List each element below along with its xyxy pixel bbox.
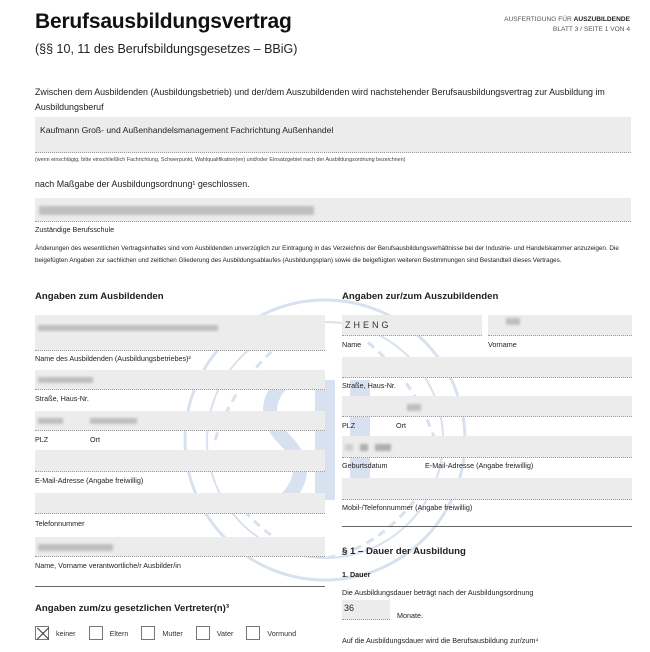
notice-text: Änderungen des wesentlichen Vertragsinha… bbox=[35, 243, 635, 266]
redacted-birthdate bbox=[360, 444, 368, 451]
left-divider bbox=[35, 586, 325, 587]
duration-text: Die Ausbildungsdauer beträgt nach der Au… bbox=[342, 588, 533, 597]
redacted-birthdate bbox=[345, 444, 353, 451]
occupation-field[interactable]: Kaufmann Groß- und Außenhandelsmanagemen… bbox=[35, 117, 631, 153]
employer-city-label: Ort bbox=[90, 435, 100, 444]
document-title: Berufsausbildungsvertrag bbox=[35, 10, 292, 34]
employer-heading: Angaben zum Ausbildenden bbox=[35, 291, 164, 302]
representative-option-label: Eltern bbox=[110, 629, 129, 638]
trainee-city-label: Ort bbox=[396, 421, 406, 430]
redacted-employer-street bbox=[38, 377, 93, 383]
trainee-birth-email-field[interactable] bbox=[342, 436, 632, 458]
redacted-trainee-firstname bbox=[506, 318, 520, 325]
right-divider bbox=[342, 526, 632, 527]
representative-checkbox-keiner[interactable] bbox=[35, 626, 49, 640]
section1-subheading: 1. Dauer bbox=[342, 570, 370, 579]
trainer-field[interactable] bbox=[35, 537, 325, 557]
copy-for-recipient: AUSZUBILDENDE bbox=[574, 16, 630, 23]
closing-text: nach Maßgabe der Ausbildungsordnung¹ ges… bbox=[35, 179, 250, 189]
representative-option-label: Vater bbox=[217, 629, 234, 638]
trainee-surname-field[interactable]: ZHENG bbox=[342, 315, 482, 336]
employer-phone-field[interactable] bbox=[35, 493, 325, 514]
intro-text: Zwischen dem Ausbildenden (Ausbildungsbe… bbox=[35, 85, 635, 115]
occupation-value: Kaufmann Groß- und Außenhandelsmanagemen… bbox=[35, 117, 631, 135]
credit-text: Auf die Ausbildungsdauer wird die Berufs… bbox=[342, 636, 538, 645]
occupation-hint: (wenn einschlägig, bitte einschließlich … bbox=[35, 157, 405, 163]
school-label: Zuständige Berufsschule bbox=[35, 225, 114, 234]
redacted-employer-plz bbox=[38, 418, 63, 424]
representative-heading: Angaben zum/zu gesetzlichen Vertreter(n)… bbox=[35, 603, 229, 614]
representative-option-label: Mutter bbox=[162, 629, 182, 638]
employer-street-label: Straße, Haus-Nr. bbox=[35, 394, 89, 403]
trainee-email-label: E-Mail-Adresse (Angabe freiwillig) bbox=[425, 461, 533, 470]
trainee-firstname-field[interactable] bbox=[488, 315, 632, 336]
trainee-mobile-label: Mobil-/Telefonnummer (Angabe freiwillig) bbox=[342, 503, 472, 512]
redacted-school-name bbox=[39, 206, 314, 215]
copy-for-prefix: AUSFERTIGUNG FÜR bbox=[504, 16, 573, 23]
employer-phone-label: Telefonnummer bbox=[35, 519, 85, 528]
redacted-trainer-name bbox=[38, 544, 113, 551]
representative-checkbox-vater[interactable] bbox=[196, 626, 210, 640]
employer-name-label: Name des Ausbildenden (Ausbildungsbetrie… bbox=[35, 354, 191, 363]
representative-options: keinerElternMutterVaterVormund bbox=[35, 626, 309, 640]
duration-field[interactable]: 36 bbox=[342, 600, 390, 620]
employer-email-field[interactable] bbox=[35, 450, 325, 472]
representative-checkbox-eltern[interactable] bbox=[89, 626, 103, 640]
employer-name-field[interactable] bbox=[35, 315, 325, 351]
redacted-employer-city bbox=[90, 418, 137, 424]
trainee-surname-value: ZHENG bbox=[345, 320, 392, 330]
employer-email-label: E-Mail-Adresse (Angabe freiwillig) bbox=[35, 476, 143, 485]
employer-plz-label: PLZ bbox=[35, 435, 48, 444]
duration-value: 36 bbox=[344, 603, 354, 613]
employer-plz-city-field[interactable] bbox=[35, 411, 325, 431]
trainee-mobile-field[interactable] bbox=[342, 478, 632, 500]
trainee-firstname-label: Vorname bbox=[488, 340, 517, 349]
copy-info: AUSFERTIGUNG FÜR AUSZUBILDENDE BLATT 3 /… bbox=[504, 15, 630, 35]
trainee-plz-label: PLZ bbox=[342, 421, 355, 430]
trainee-street-label: Straße, Haus-Nr. bbox=[342, 381, 396, 390]
trainee-birthdate-label: Geburtsdatum bbox=[342, 461, 388, 470]
representative-option-label: keiner bbox=[56, 629, 76, 638]
section1-heading: § 1 – Dauer der Ausbildung bbox=[342, 546, 466, 557]
representative-checkbox-vormund[interactable] bbox=[246, 626, 260, 640]
redacted-birthdate bbox=[375, 444, 391, 451]
trainee-street-field[interactable] bbox=[342, 357, 632, 378]
document-subtitle: (§§ 10, 11 des Berufsbildungsgesetzes – … bbox=[35, 42, 297, 56]
trainee-plz-city-field[interactable] bbox=[342, 396, 632, 417]
redacted-trainee-city bbox=[407, 404, 421, 411]
trainee-surname-label: Name bbox=[342, 340, 361, 349]
school-field[interactable] bbox=[35, 198, 631, 222]
employer-street-field[interactable] bbox=[35, 370, 325, 390]
trainer-label: Name, Vorname verantwortliche/r Ausbilde… bbox=[35, 561, 181, 570]
trainee-heading: Angaben zur/zum Auszubildenden bbox=[342, 291, 498, 302]
representative-checkbox-mutter[interactable] bbox=[141, 626, 155, 640]
sheet-info: BLATT 3 / SEITE 1 VON 4 bbox=[504, 25, 630, 35]
representative-option-label: Vormund bbox=[267, 629, 296, 638]
duration-unit: Monate. bbox=[397, 611, 423, 620]
redacted-employer-name bbox=[38, 325, 218, 331]
